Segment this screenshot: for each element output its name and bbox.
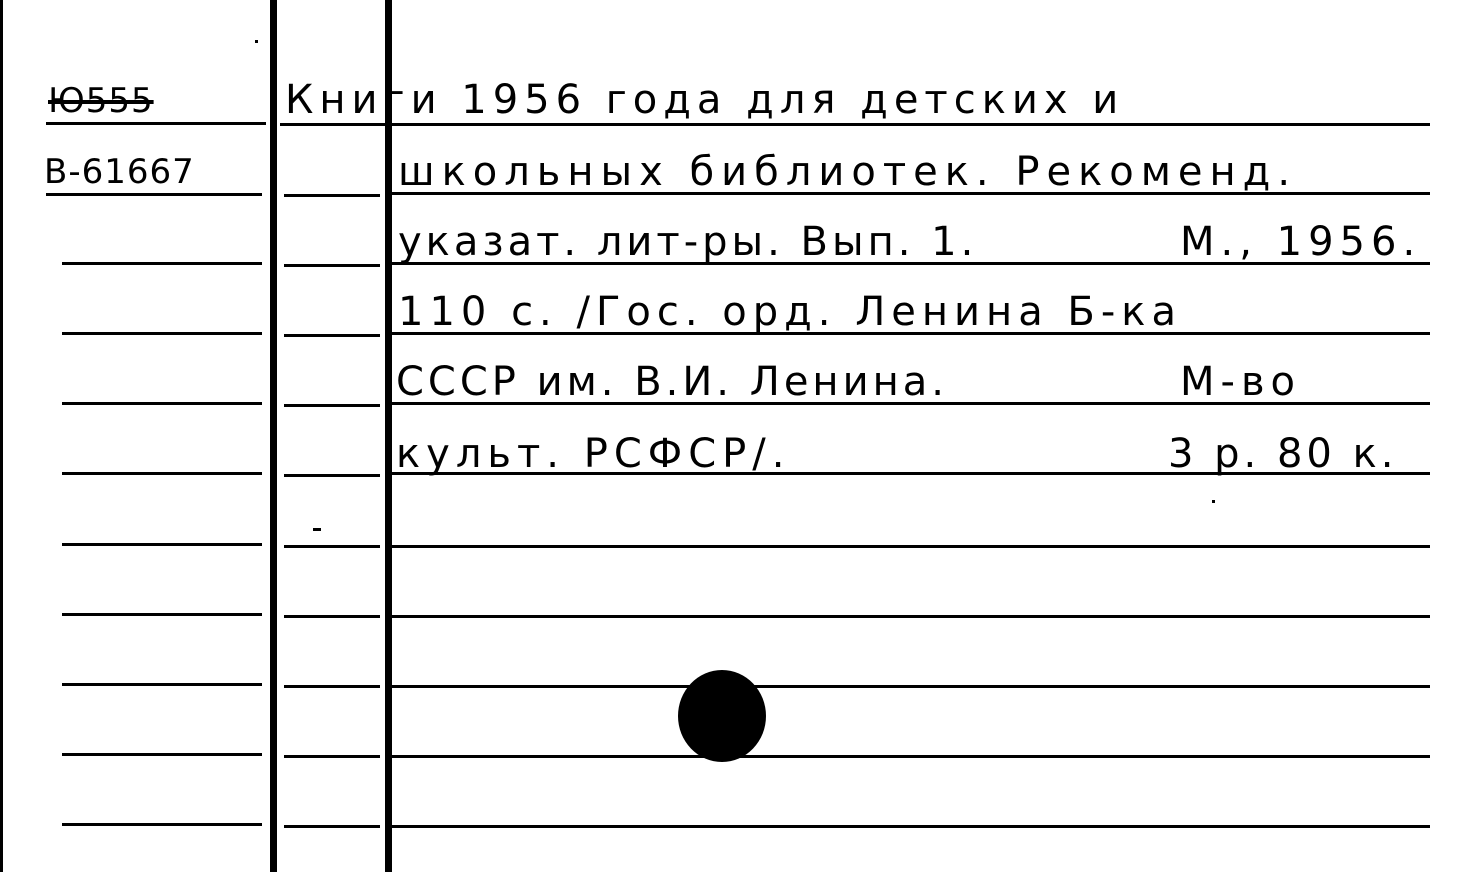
ruled-line-middle [284, 334, 380, 337]
ruled-line-middle [284, 404, 380, 407]
entry-line-3-left: указат. лит-ры. Вып. 1. [398, 222, 977, 262]
catalog-card: Ю555 В-61667 Книги 1956 года для детских… [0, 0, 1472, 872]
ruled-line-shelfmark [62, 472, 262, 475]
ruled-line-entry [392, 472, 1430, 475]
ruled-line-shelfmark [62, 332, 262, 335]
entry-line-1: Книги 1956 года для детских и [285, 80, 1124, 120]
entry-line-3-imprint: М., 1956. [1180, 222, 1421, 262]
ruled-line-entry [392, 123, 1430, 126]
entry-line-2: школьных библиотек. Рекоменд. [398, 152, 1297, 192]
ruled-line-entry [392, 825, 1430, 828]
column-divider-shelfmark [270, 0, 277, 872]
shelf-mark-current: В-61667 [44, 155, 195, 189]
ruled-line-entry [392, 262, 1430, 265]
entry-line-4: 110 с. /Гос. орд. Ленина Б-ка [398, 292, 1182, 332]
ruled-line-middle [284, 755, 380, 758]
ruled-line-shelfmark [62, 543, 262, 546]
entry-line-5-right: М-во [1180, 362, 1301, 402]
ruled-line-shelfmark [62, 823, 262, 826]
ruled-line-middle [284, 825, 380, 828]
ruled-line-entry [392, 685, 1430, 688]
scan-speck [255, 40, 258, 43]
scan-speck [313, 528, 321, 531]
scan-speck [1212, 500, 1215, 503]
ruled-line-shelfmark [62, 262, 262, 265]
entry-line-5-left: СССР им. В.И. Ленина. [396, 362, 948, 402]
punch-hole [678, 670, 766, 762]
ruled-line-entry [392, 402, 1430, 405]
ruled-line-middle [284, 264, 380, 267]
ruled-line-shelfmark [46, 122, 266, 125]
ruled-line-entry [392, 332, 1430, 335]
ruled-line-middle [284, 194, 380, 197]
ruled-line-shelfmark [62, 402, 262, 405]
ruled-line-shelfmark [62, 613, 262, 616]
ruled-line-middle [284, 474, 380, 477]
ruled-line-entry [392, 755, 1430, 758]
ruled-line-middle [284, 545, 380, 548]
ruled-line-middle [284, 615, 380, 618]
price: 3 р. 80 к. [1168, 434, 1397, 474]
ruled-line-shelfmark [62, 683, 262, 686]
ruled-line-entry [392, 192, 1430, 195]
card-left-edge [0, 0, 3, 872]
shelf-mark-old: Ю555 [48, 84, 154, 118]
entry-line-6-left: культ. РСФСР/. [396, 434, 790, 474]
ruled-line-middle [284, 685, 380, 688]
ruled-line-shelfmark [46, 193, 262, 196]
ruled-line-entry [392, 615, 1430, 618]
ruled-line-entry [392, 545, 1430, 548]
ruled-line-shelfmark [62, 753, 262, 756]
column-divider-entry [385, 0, 392, 872]
ruled-line-middle [280, 123, 385, 126]
